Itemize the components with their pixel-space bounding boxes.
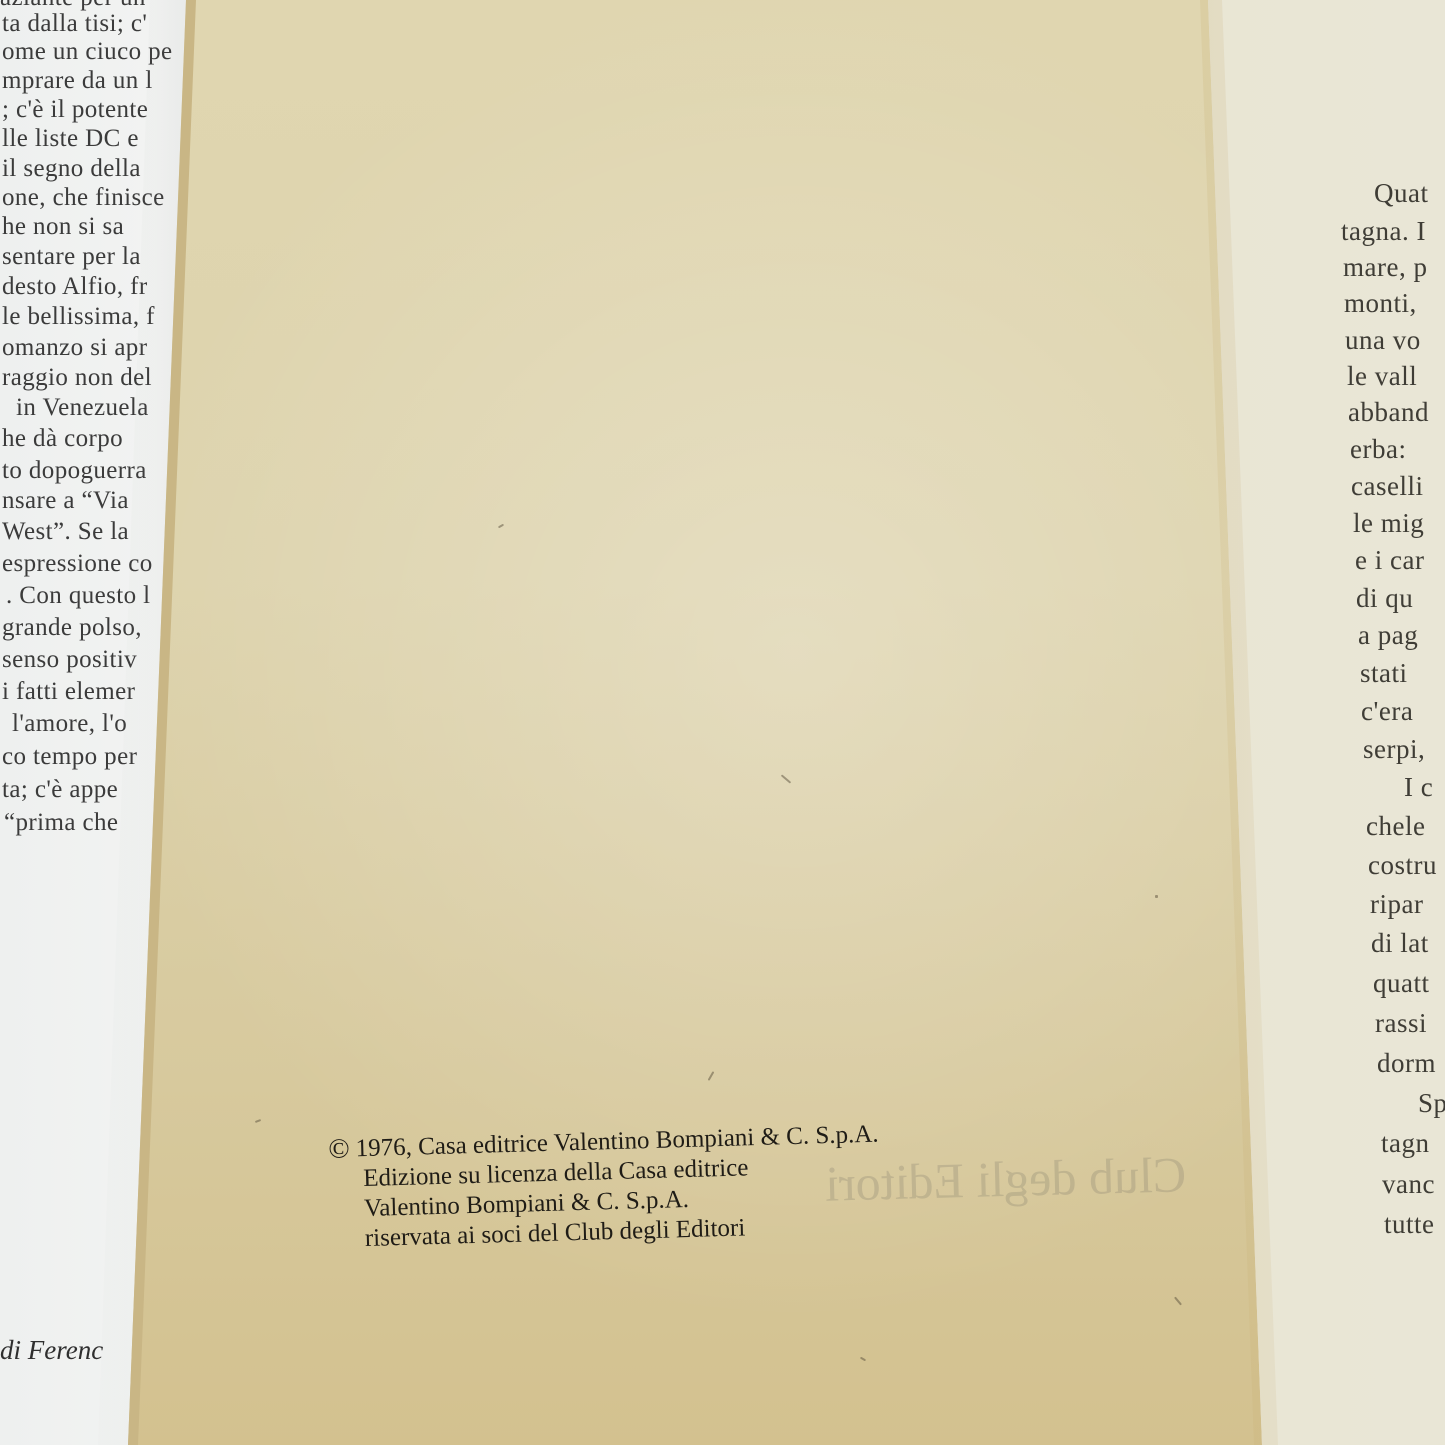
text-line: i fatti elemer <box>2 678 135 706</box>
text-line: in Venezuela <box>16 394 149 422</box>
text-line: Quat <box>1374 178 1428 209</box>
text-line: di qu <box>1356 583 1413 614</box>
text-line: costru <box>1368 850 1437 881</box>
text-line: a pag <box>1358 620 1418 651</box>
text-line: le bellissima, f <box>2 303 155 331</box>
text-line: lle liste DC e <box>2 125 139 153</box>
text-line: quatt <box>1373 968 1430 999</box>
text-line: nsare a “Via <box>2 487 129 515</box>
text-line: mare, p <box>1343 252 1427 283</box>
text-line: di lat <box>1371 928 1429 959</box>
copyright-icon: © <box>328 1134 350 1165</box>
text-line: stati <box>1360 658 1408 689</box>
text-line: ta; c'è appe <box>2 776 118 804</box>
text-line: desto Alfio, fr <box>2 273 148 301</box>
text-line: sentare per la <box>2 243 141 271</box>
text-line: he dà corpo <box>2 425 123 453</box>
text-line: co tempo per <box>2 743 137 771</box>
text-line: rassi <box>1375 1008 1427 1039</box>
author-signature: di Ferenc <box>0 1335 103 1366</box>
text-line: serpi, <box>1363 734 1425 765</box>
text-line: to dopoguerra <box>2 457 147 485</box>
text-line: dorm <box>1377 1048 1436 1079</box>
text-line: ome un ciuco pe <box>2 38 173 66</box>
text-line: tutte <box>1384 1209 1435 1240</box>
book-photo: aziante per un ta dalla tisi; c' ome un … <box>0 0 1445 1445</box>
text-line: omanzo si apr <box>2 334 147 362</box>
text-line: l'amore, l'o <box>12 710 127 738</box>
text-line: mprare da un l <box>2 67 153 95</box>
text-line: le vall <box>1347 361 1417 392</box>
text-line: ta dalla tisi; c' <box>2 10 147 38</box>
text-line: senso positiv <box>2 646 137 674</box>
text-line: chele <box>1366 811 1425 842</box>
text-line: c'era <box>1361 696 1413 727</box>
text-line: one, che finisce <box>2 184 165 212</box>
text-line: he non si sa <box>2 213 124 241</box>
text-line: e i car <box>1355 545 1424 576</box>
text-line: le mig <box>1353 508 1424 539</box>
text-line: tagna. I <box>1341 216 1426 247</box>
text-line: abband <box>1348 397 1429 428</box>
text-line: vanc <box>1382 1169 1435 1200</box>
text-line: I c <box>1404 772 1433 803</box>
paper-speck <box>1155 895 1158 898</box>
text-line: ; c'è il potente <box>2 96 148 124</box>
text-line: una vo <box>1345 325 1421 356</box>
text-line: erba: <box>1350 434 1406 465</box>
text-line: ripar <box>1370 889 1423 920</box>
text-line: il segno della <box>2 155 141 183</box>
text-line: West”. Se la <box>2 518 129 546</box>
text-line: “prima che <box>4 809 118 837</box>
copyright-notice: ©1976, Casa editrice Valentino Bompiani … <box>328 1120 882 1255</box>
text-line: Sp <box>1418 1088 1445 1119</box>
text-line: caselli <box>1351 471 1423 502</box>
text-line: raggio non del <box>2 364 152 392</box>
text-line: grande polso, <box>2 614 142 642</box>
text-line: tagn <box>1381 1128 1430 1159</box>
text-line: monti, <box>1344 288 1417 319</box>
